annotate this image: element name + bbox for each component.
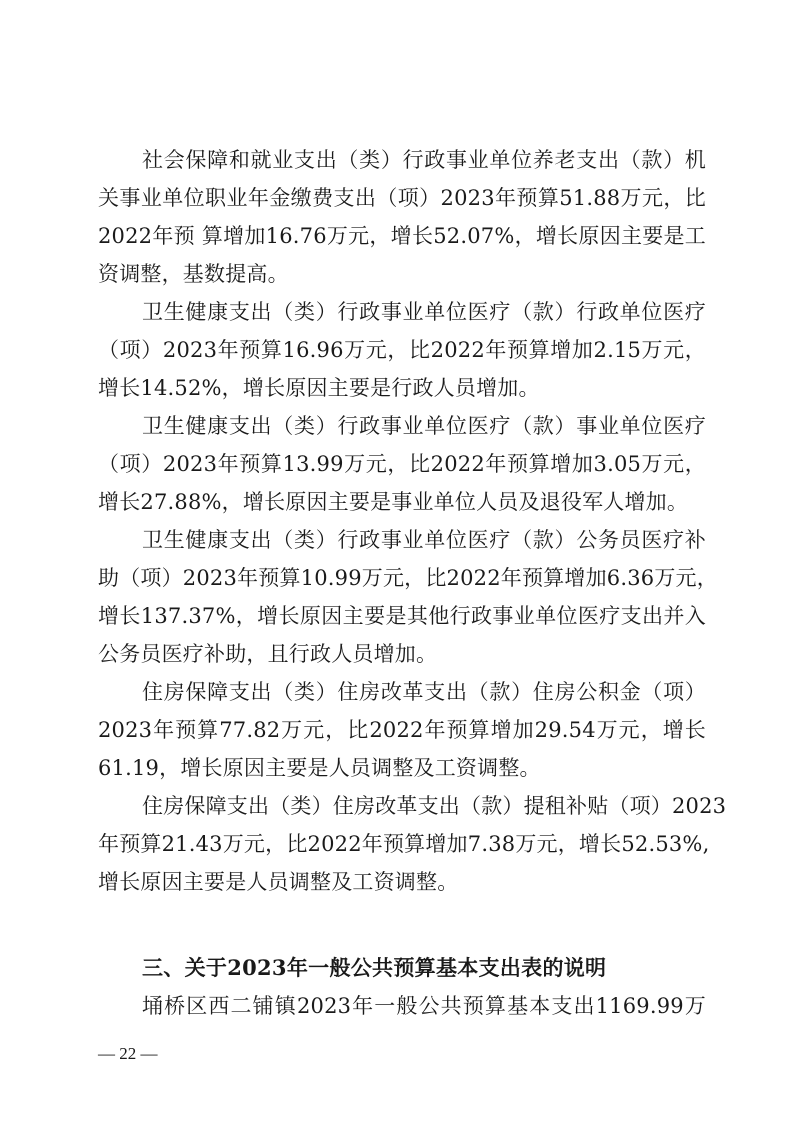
paragraph-5-line-2: 2023年预算77.82万元，比2022年预算增加29.54万元，增长	[98, 717, 706, 743]
paragraph-1-line-1: 社会保障和就业支出（类）行政事业单位养老支出（款）机	[142, 147, 706, 173]
paragraph-1-line-4: 资调整，基数提高。	[98, 261, 706, 287]
paragraph-2-line-3: 增长14.52%，增长原因主要是行政人员增加。	[98, 375, 706, 401]
section-heading: 三、关于2023年一般公共预算基本支出表的说明	[142, 955, 606, 981]
paragraph-3-line-3: 增长27.88%，增长原因主要是事业单位人员及退役军人增加。	[98, 489, 706, 515]
paragraph-4-line-1: 卫生健康支出（类）行政事业单位医疗（款）公务员医疗补	[142, 527, 706, 553]
paragraph-6-line-1: 住房保障支出（类）住房改革支出（款）提租补贴（项）2023	[142, 793, 706, 819]
paragraph-3-line-2: （项）2023年预算13.99万元，比2022年预算增加3.05万元，	[98, 451, 706, 477]
document-page: 社会保障和就业支出（类）行政事业单位养老支出（款）机 关事业单位职业年金缴费支出…	[0, 0, 793, 1122]
paragraph-2-line-1: 卫生健康支出（类）行政事业单位医疗（款）行政单位医疗	[142, 299, 706, 325]
paragraph-1-line-2: 关事业单位职业年金缴费支出（项）2023年预算51.88万元，比	[98, 185, 706, 211]
paragraph-2-line-2: （项）2023年预算16.96万元，比2022年预算增加2.15万元，	[98, 337, 706, 363]
paragraph-1-line-3: 2022年预 算增加16.76万元，增长52.07%，增长原因主要是工	[98, 223, 706, 249]
paragraph-4-line-3: 增长137.37%，增长原因主要是其他行政事业单位医疗支出并入	[98, 603, 706, 629]
paragraph-4-line-2: 助（项）2023年预算10.99万元，比2022年预算增加6.36万元，	[98, 565, 706, 591]
paragraph-5-line-1: 住房保障支出（类）住房改革支出（款）住房公积金（项）	[142, 679, 706, 705]
paragraph-4-line-4: 公务员医疗补助，且行政人员增加。	[98, 641, 706, 667]
paragraph-3-line-1: 卫生健康支出（类）行政事业单位医疗（款）事业单位医疗	[142, 413, 706, 439]
paragraph-5-line-3: 61.19，增长原因主要是人员调整及工资调整。	[98, 755, 706, 781]
page-number: — 22 —	[98, 1043, 158, 1065]
paragraph-6-line-3: 增长原因主要是人员调整及工资调整。	[98, 869, 706, 895]
section-paragraph-line-1: 埇桥区西二铺镇2023年一般公共预算基本支出1169.99万	[142, 993, 706, 1019]
paragraph-6-line-2: 年预算21.43万元，比2022年预算增加7.38万元，增长52.53%,	[98, 831, 706, 857]
